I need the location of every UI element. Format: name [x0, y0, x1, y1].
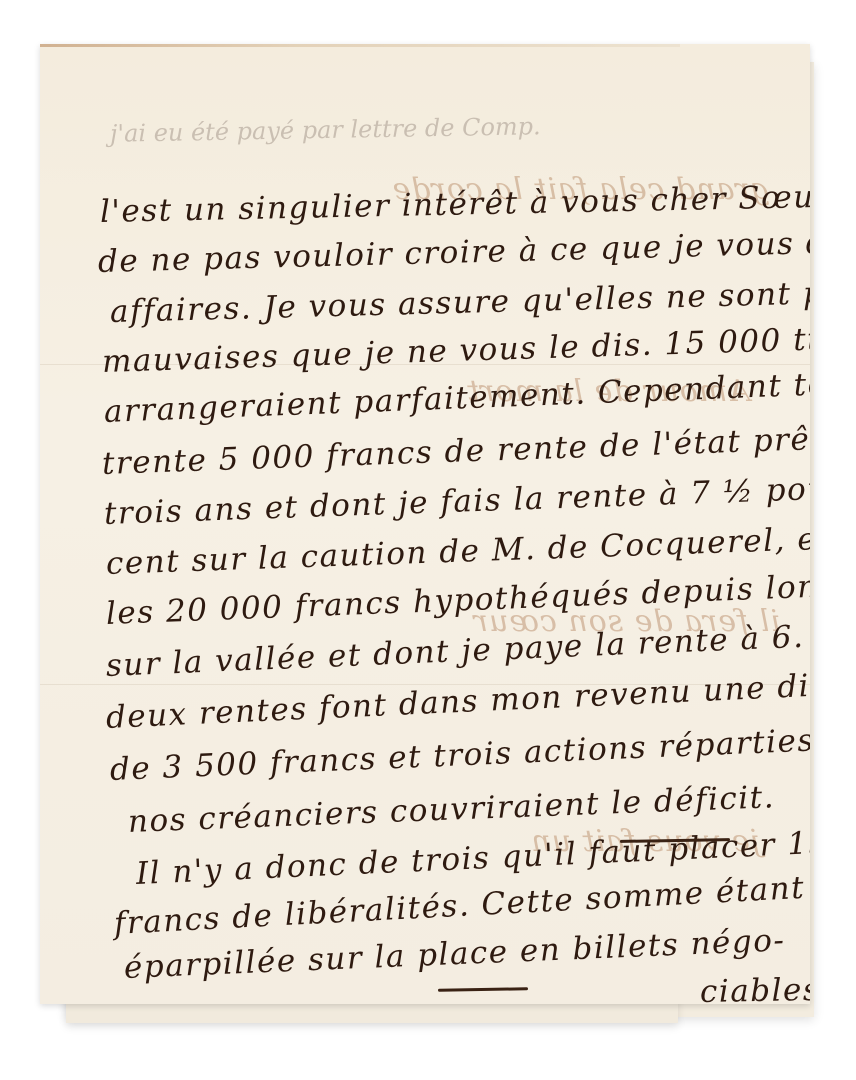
handwritten-line: affaires. Je vous assure qu'elles ne son…: [110, 272, 810, 330]
handwritten-line: ciables: [700, 972, 810, 1004]
handwritten-line: trente 5 000 francs de rente de l'état p…: [101, 416, 810, 482]
page-top-edge: [40, 44, 680, 47]
handwritten-line: de 3 500 francs et trois actions réparti…: [109, 721, 810, 788]
handwritten-line: de ne pas vouloir croire à ce que je vou…: [98, 221, 810, 280]
underline-place: [438, 987, 528, 992]
handwritten-line: l'est un singulier intérêt à vous cher S…: [100, 179, 810, 230]
handwritten-line: trois ans et dont je fais la rente à 7 ½…: [103, 470, 810, 532]
pencil-note: j'ai eu été payé par lettre de Comp.: [110, 112, 541, 148]
letter-page: j'ai eu été payé par lettre de Comp. gra…: [40, 44, 810, 1004]
